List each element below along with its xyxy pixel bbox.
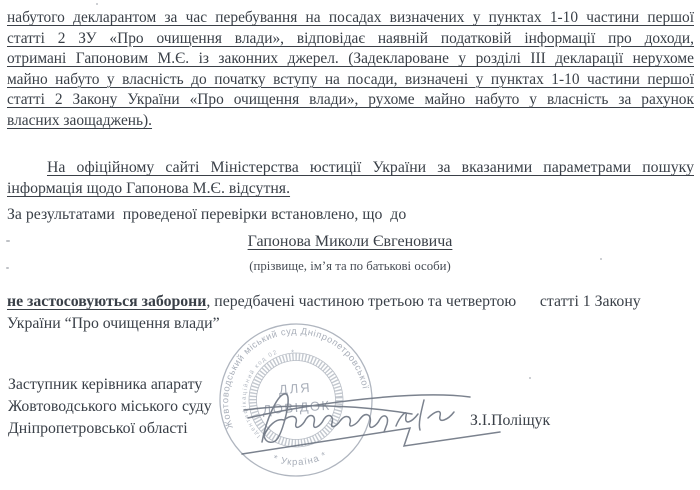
text-line: інформація щодо Гапонова М.Є. відсутня. bbox=[7, 178, 694, 199]
scan-artifact bbox=[600, 258, 602, 260]
signatory-title-line: Жовтоводського міського суду bbox=[8, 396, 212, 418]
stamp-top-star: * bbox=[291, 348, 295, 357]
person-name-line: Гапонова Миколи Євгеновича bbox=[0, 233, 700, 251]
text-line: статті 2 Закону України «Про очищення вл… bbox=[7, 90, 694, 111]
scan-artifact bbox=[96, 3, 98, 5]
conclusion-rest: , передбачені частиною третьою та четвер… bbox=[206, 293, 640, 310]
scan-artifact bbox=[6, 267, 9, 269]
text-line: На офіційному сайті Міністерства юстиції… bbox=[7, 157, 694, 178]
scan-artifact bbox=[529, 377, 531, 379]
signatory-title-line: Заступник керівника апарату bbox=[8, 374, 212, 396]
handwritten-signature bbox=[228, 370, 523, 470]
person-name-caption: (прізвище, ім’я та по батькові особи) bbox=[0, 259, 700, 274]
text-line: набутого декларантом за час перебування … bbox=[7, 8, 694, 29]
paragraph-declaration-check: набутого декларантом за час перебування … bbox=[7, 8, 694, 132]
scan-artifact bbox=[6, 240, 10, 242]
text-line: отримані Гапоновим М.Є. із законних джер… bbox=[7, 49, 694, 70]
text-line: статті 2 ЗУ «Про очищення влади», відпов… bbox=[7, 29, 694, 50]
document-page: набутого декларантом за час перебування … bbox=[0, 0, 700, 490]
signature-ending-stroke bbox=[396, 400, 454, 430]
signatory-title-line: Дніпропетровської області bbox=[8, 418, 212, 440]
text-line: майно набуто у власність до початку всту… bbox=[7, 70, 694, 91]
text-line: власних заощаджень). bbox=[7, 111, 694, 132]
conclusion-bold-phrase: не застосовуються заборони bbox=[7, 293, 206, 310]
paragraph-justice-ministry: На офіційному сайті Міністерства юстиції… bbox=[7, 157, 694, 199]
person-name: Гапонова Миколи Євгеновича bbox=[248, 233, 453, 250]
results-line: За результатами проведеної перевірки вст… bbox=[7, 206, 406, 224]
signatory-title-block: Заступник керівника апарату Жовтоводсько… bbox=[8, 374, 212, 440]
text-line: не застосовуються заборони, передбачені … bbox=[7, 291, 694, 313]
